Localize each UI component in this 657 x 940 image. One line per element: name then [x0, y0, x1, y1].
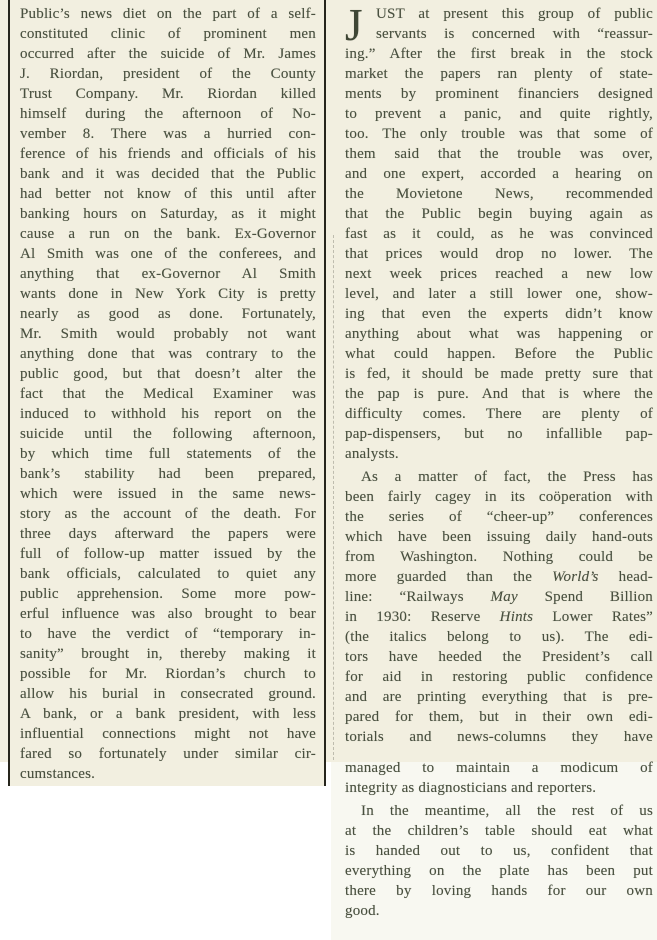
text-line: UST at present this group of public	[345, 4, 653, 24]
text-line: what could happen. Before the Public	[345, 344, 653, 364]
text-line: everything on the plate has been put	[345, 861, 653, 881]
text-line: erful influence was also brought to bear	[20, 604, 316, 624]
text-line: the pap is pure. And that is where the	[345, 384, 653, 404]
text-line: that prices would drop no lower. The	[345, 244, 653, 264]
text-line: anything done that was contrary to the	[20, 344, 316, 364]
drop-cap-letter: J	[345, 5, 363, 45]
text-line: (the italics belong to us). The edi-	[345, 627, 653, 647]
text-line: pap-dispensers, but no infallible pap-	[345, 424, 653, 444]
text-line: at the children’s table should eat what	[345, 821, 653, 841]
text-line: anything about what was happening or	[345, 324, 653, 344]
text-line: good.	[345, 901, 653, 921]
scanned-page: { "document": { "colors": { "paper": "#f…	[0, 0, 657, 940]
text-line: fared so fortunately under similar cir-	[20, 744, 316, 764]
text-line: banking hours on Saturday, as it might	[20, 204, 316, 224]
text-line: and one expert, accorded a hearing on	[345, 164, 653, 184]
text-line: allow his burial in consecrated ground.	[20, 684, 316, 704]
text-line: occurred after the suicide of Mr. James	[20, 44, 316, 64]
text-line: story as the account of the death. For	[20, 504, 316, 524]
text-line: cumstances.	[20, 764, 316, 784]
text-line: full of follow-up matter issued by the	[20, 544, 316, 564]
text-line: been fairly cagey in its coöperation wit…	[345, 487, 653, 507]
text-line: managed to maintain a modicum of	[345, 758, 653, 778]
text-line: nearly as good as done. Fortunately,	[20, 304, 316, 324]
text-line: Public’s news diet on the part of a self…	[20, 4, 316, 24]
text-line: ments by prominent financiers designed	[345, 84, 653, 104]
text-line: J. Riordan, president of the County	[20, 64, 316, 84]
text-line: himself during the afternoon of No-	[20, 104, 316, 124]
paragraph-just-at-present: J UST at present this group of publicser…	[345, 4, 653, 464]
text-line: bank officials, calculated to quiet any	[20, 564, 316, 584]
right-column: J UST at present this group of publicser…	[345, 0, 653, 921]
text-line: anything that ex-Governor Al Smith	[20, 264, 316, 284]
text-line: by which time full statements of the	[20, 444, 316, 464]
text-line: cause a run on the bank. Ex-Governor	[20, 224, 316, 244]
text-line: in 1930: Reserve Hints Lower Rates”	[345, 607, 653, 627]
text-line: the series of “cheer-up” conferences	[345, 507, 653, 527]
text-line: pared for them, but in their own edi-	[345, 707, 653, 727]
text-line: line: “Railways May Spend Billion	[345, 587, 653, 607]
text-line: bank’s stability had been prepared,	[20, 464, 316, 484]
text-line: sanity” brought in, thereby making it	[20, 644, 316, 664]
text-line: the Movietone News, recommended	[345, 184, 653, 204]
text-line: As a matter of fact, the Press has	[345, 467, 653, 487]
text-line: more guarded than the World’s head-	[345, 567, 653, 587]
text-line: bank and it was decided that the Public	[20, 164, 316, 184]
left-column: Public’s news diet on the part of a self…	[8, 0, 326, 786]
text-line: servants is concerned with “reassur-	[345, 24, 653, 44]
text-line: them said that the trouble was over,	[345, 144, 653, 164]
column-rule	[333, 235, 334, 760]
text-line: public good, but that doesn’t alter the	[20, 364, 316, 384]
text-line: suicide until the following afternoon,	[20, 424, 316, 444]
text-line: which have been issuing daily hand-outs	[345, 527, 653, 547]
text-line: In the meantime, all the rest of us	[345, 801, 653, 821]
text-line: there by loving hands for our own	[345, 881, 653, 901]
text-line: Al Smith was one of the conferees, and	[20, 244, 316, 264]
text-line: to prevent a panic, and quite rightly,	[345, 104, 653, 124]
paragraph-in-the-meantime: In the meantime, all the rest of usat th…	[345, 801, 653, 921]
text-line: too. The only trouble was that some of	[345, 124, 653, 144]
text-line: influential connections might not have	[20, 724, 316, 744]
text-line: induced to withhold his report on the	[20, 404, 316, 424]
text-line: fast as it could, as he was convinced	[345, 224, 653, 244]
text-line: difficulty comes. There are plenty of	[345, 404, 653, 424]
text-line: ing that even the experts didn’t know	[345, 304, 653, 324]
text-line: three days afterward the papers were	[20, 524, 316, 544]
paragraph-press-cagey: As a matter of fact, the Press hasbeen f…	[345, 467, 653, 798]
text-line: Mr. Smith would probably not want	[20, 324, 316, 344]
text-line: to have the verdict of “temporary in-	[20, 624, 316, 644]
text-line: tors have heeded the President’s call	[345, 647, 653, 667]
text-line: market the papers ran plenty of state-	[345, 64, 653, 84]
text-line: fact that the Medical Examiner was	[20, 384, 316, 404]
text-line: is fed, it should be made pretty sure th…	[345, 364, 653, 384]
text-line: which were issued in the same news-	[20, 484, 316, 504]
text-line: next week prices reached a new low	[345, 264, 653, 284]
text-line: possible for Mr. Riordan’s church to	[20, 664, 316, 684]
text-line: constituted clinic of prominent men	[20, 24, 316, 44]
text-line: ference of his friends and officials of …	[20, 144, 316, 164]
text-line: that the Public begin buying again as	[345, 204, 653, 224]
text-line: and are printing everything that is pre-	[345, 687, 653, 707]
text-line: torials and news-columns they have	[345, 727, 653, 747]
text-line: A bank, or a bank president, with less	[20, 704, 316, 724]
text-line: is handed out to us, confident that	[345, 841, 653, 861]
text-line: vember 8. There was a hurried con-	[20, 124, 316, 144]
text-line: from Washington. Nothing could be	[345, 547, 653, 567]
text-line: analysts.	[345, 444, 653, 464]
text-line: for aid in restoring public confidence	[345, 667, 653, 687]
text-line: wants done in New York City is pretty	[20, 284, 316, 304]
text-line: Trust Company. Mr. Riordan killed	[20, 84, 316, 104]
text-line: had better not know of this until after	[20, 184, 316, 204]
text-line: public apprehension. Some more pow-	[20, 584, 316, 604]
text-line: integrity as diagnosticians and reporter…	[345, 778, 653, 798]
text-line: level, and later a still lower one, show…	[345, 284, 653, 304]
text-line: ing.” After the first break in the stock	[345, 44, 653, 64]
